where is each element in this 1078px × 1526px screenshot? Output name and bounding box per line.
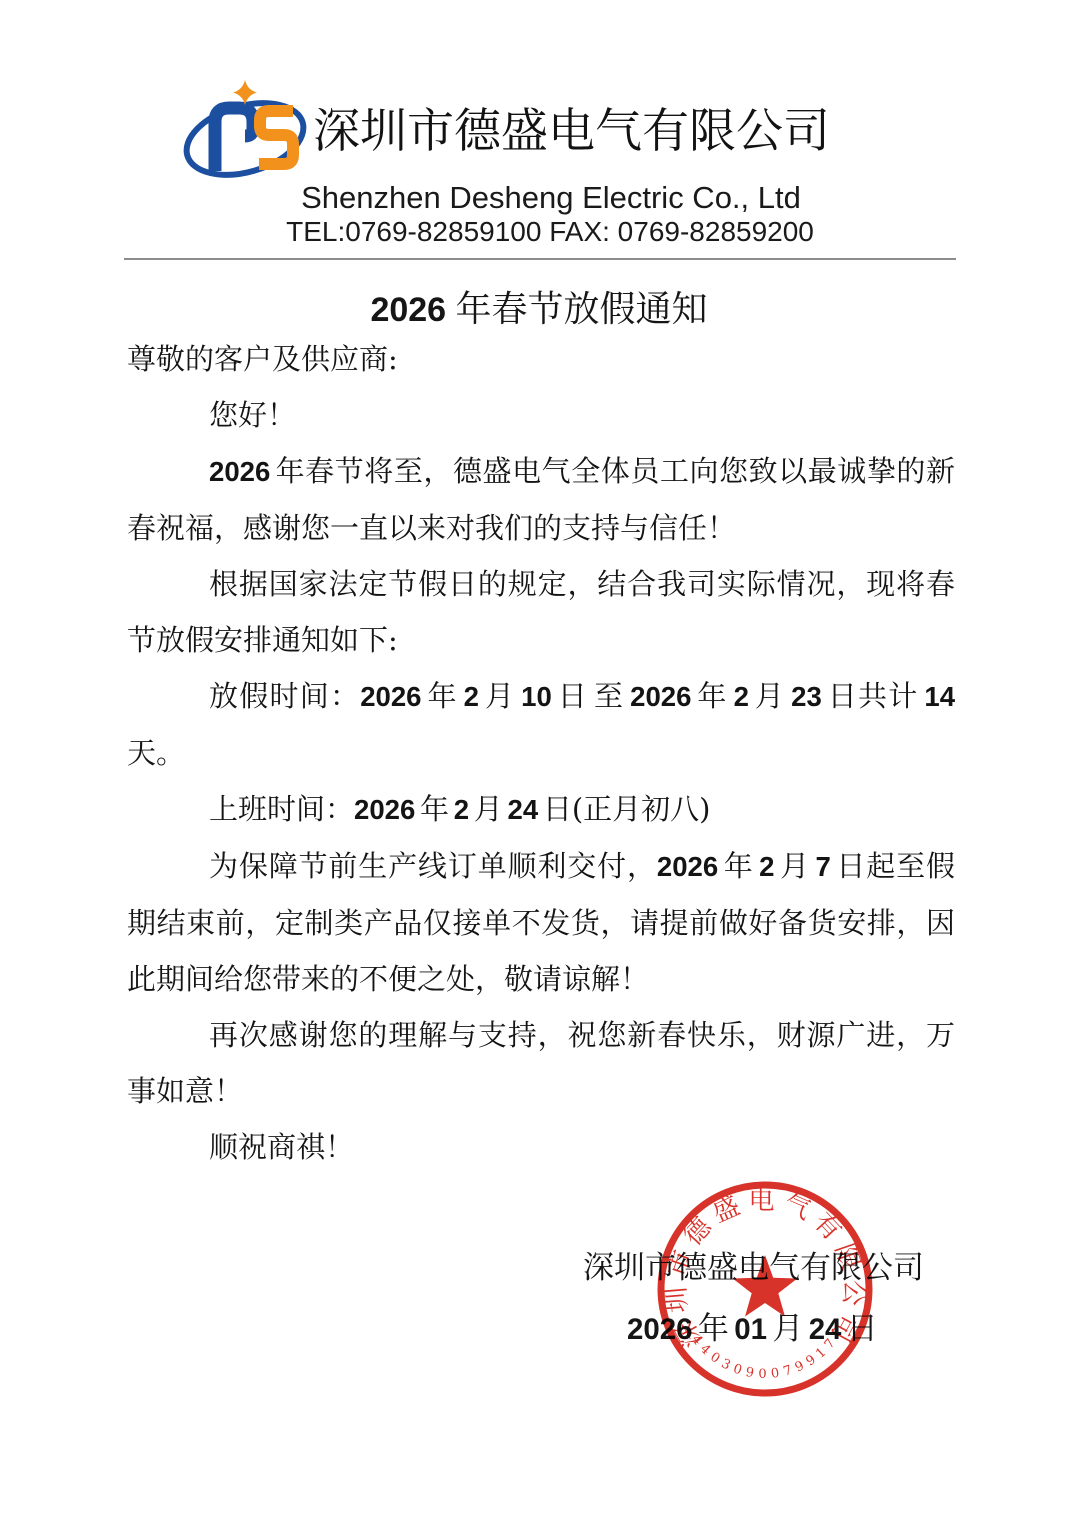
company-logo-icon [181,78,323,188]
document-title: 2026 年春节放假通知 [0,281,1078,332]
document-body: 尊敬的客户及供应商: 您好！ 2026 年春节将至，德盛电气全体员工向您致以最诚… [127,331,955,1175]
paragraph-greeting: 您好！ [127,387,955,443]
paragraph-intro: 2026 年春节将至，德盛电气全体员工向您致以最诚挚的新春祝福，感谢您一直以来对… [127,443,955,556]
paragraph-production: 为保障节前生产线订单顺利交付，2026 年 2 月 7 日起至假期结束前，定制类… [127,838,955,1007]
logo-letter-s [259,111,293,164]
company-seal: 深圳市德盛电气有限公司 4403090079917 [652,1176,878,1402]
seal-star-icon [733,1255,798,1317]
paragraph-thanks: 再次感谢您的理解与支持，祝您新春快乐，财源广进，万事如意！ [127,1007,955,1119]
paragraph-work-time: 上班时间：2026 年 2 月 24 日(正月初八) [127,781,955,838]
logo-letter-d [215,108,253,171]
company-name-cn: 深圳市德盛电气有限公司 [313,106,830,158]
paragraph-salutation: 尊敬的客户及供应商: [127,331,955,387]
company-name-en: Shenzhen Desheng Electric Co., Ltd [0,180,1078,216]
paragraph-holiday-time: 放假时间：2026 年 2 月 10 日 至 2026 年 2 月 23 日共计… [127,668,955,781]
document-page: 深圳市德盛电气有限公司 Shenzhen Desheng Electric Co… [0,0,1078,1526]
tel-fax-line: TEL:0769-82859100 FAX: 0769-82859200 [0,216,1078,248]
paragraph-closing: 顺祝商祺！ [127,1119,955,1175]
paragraph-basis: 根据国家法定节假日的规定，结合我司实际情况，现将春节放假安排通知如下: [127,556,955,668]
header-divider [124,258,956,260]
